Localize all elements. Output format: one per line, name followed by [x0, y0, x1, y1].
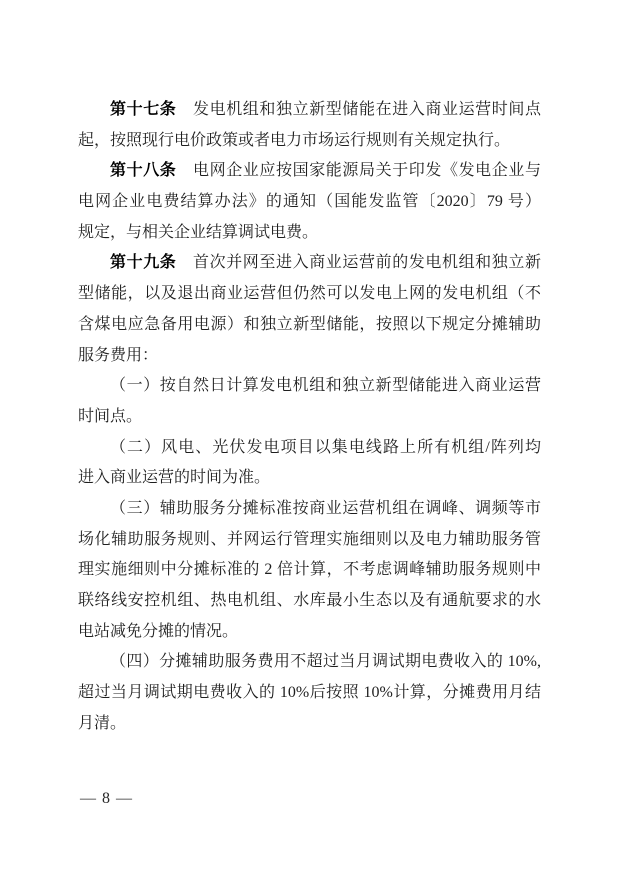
text-line: 超过当月调试期电费收入的 10%后按照 10%计算，分摊费用月结 — [78, 678, 541, 709]
text-line: 电网企业电费结算办法》的通知（国能发监管〔2020〕79 号） — [78, 187, 541, 218]
text-line: 时间点。 — [78, 402, 541, 433]
text-line: 进入商业运营的时间为准。 — [78, 463, 541, 494]
article-heading: 第十九条 — [110, 254, 176, 271]
text-line: （三）辅助服务分摊标准按商业运营机组在调峰、调频等市 — [78, 494, 541, 525]
text-line: （四）分摊辅助服务费用不超过当月调试期电费收入的 10%, — [78, 647, 541, 678]
text-line: 起，按照现行电价政策或者电力市场运行规则有关规定执行。 — [78, 126, 541, 157]
text-line: （一）按自然日计算发电机组和独立新型储能进入商业运营 — [78, 371, 541, 402]
text-line: 含煤电应急备用电源）和独立新型储能，按照以下规定分摊辅助 — [78, 310, 541, 341]
text-line: 场化辅助服务规则、并网运行管理实施细则以及电力辅助服务管 — [78, 525, 541, 556]
article-heading: 第十八条 — [110, 162, 176, 179]
text-line: 型储能，以及退出商业运营但仍然可以发电上网的发电机组（不 — [78, 279, 541, 310]
document-page: 第十七条 发电机组和独立新型储能在进入商业运营时间点起，按照现行电价政策或者电力… — [0, 0, 620, 877]
text-line: 电站减免分摊的情况。 — [78, 617, 541, 648]
text-line: 第十七条 发电机组和独立新型储能在进入商业运营时间点 — [78, 95, 541, 126]
text-line: 理实施细则中分摊标准的 2 倍计算，不考虑调峰辅助服务规则中 — [78, 555, 541, 586]
text-line: 规定，与相关企业结算调试电费。 — [78, 218, 541, 249]
text-line: 第十八条 电网企业应按国家能源局关于印发《发电企业与 — [78, 156, 541, 187]
article-heading: 第十七条 — [110, 101, 176, 118]
text-line: （二）风电、光伏发电项目以集电线路上所有机组/阵列均 — [78, 433, 541, 464]
text-line: 服务费用： — [78, 341, 541, 372]
text-line: 第十九条 首次并网至进入商业运营前的发电机组和独立新 — [78, 248, 541, 279]
text-line: 联络线安控机组、热电机组、水库最小生态以及有通航要求的水 — [78, 586, 541, 617]
text-line: 月清。 — [78, 709, 541, 740]
page-number-footer: — 8 — — [80, 790, 133, 808]
text-block: 第十七条 发电机组和独立新型储能在进入商业运营时间点起，按照现行电价政策或者电力… — [78, 95, 541, 739]
